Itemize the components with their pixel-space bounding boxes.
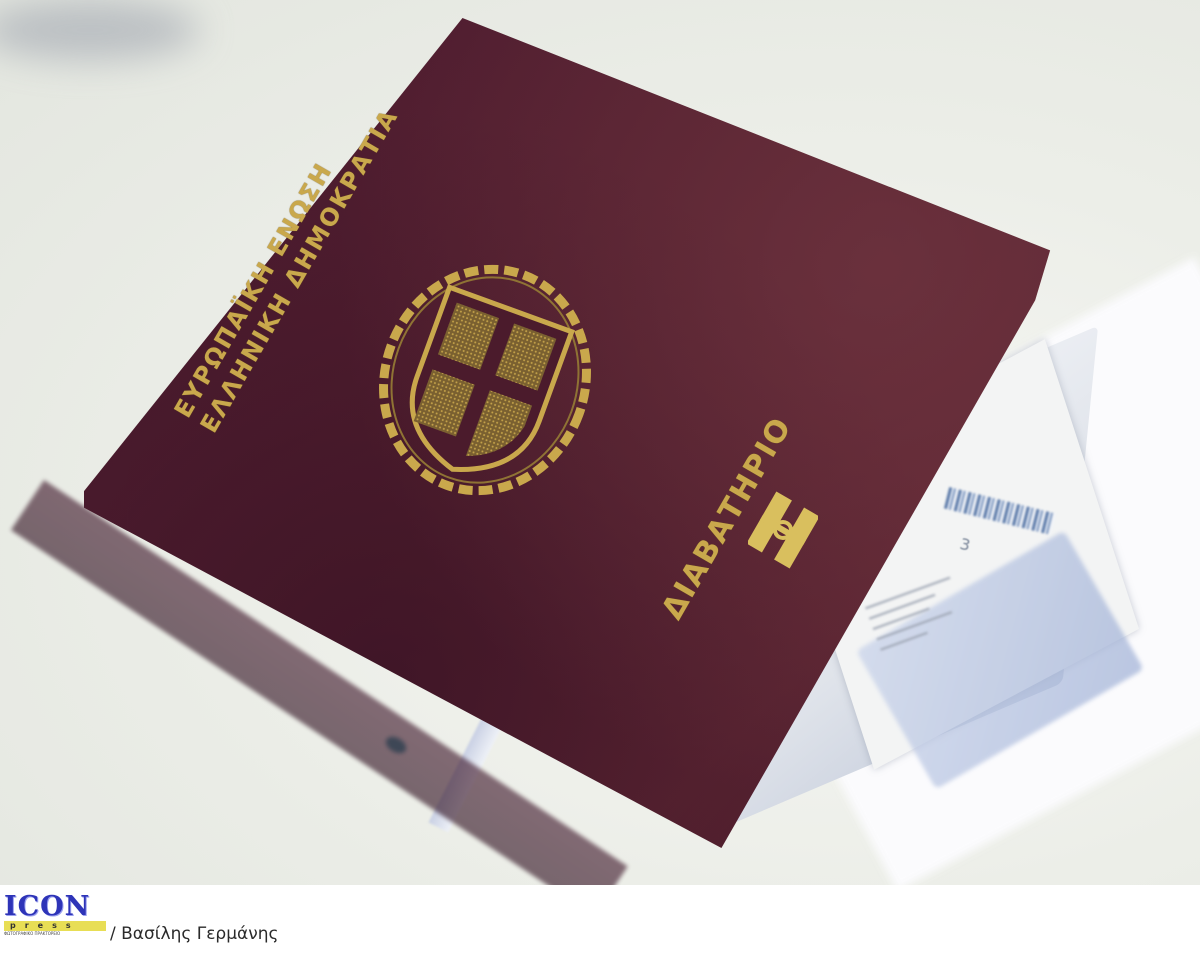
biometric-chip-icon bbox=[748, 490, 818, 570]
logo-press-bar: press bbox=[4, 921, 106, 931]
photo-credit-bar: ICON press ΦΩΤΟΓΡΑΦΙΚΟ ΠΡΑΚΤΟΡΕΙΟ / Βασί… bbox=[0, 885, 1200, 955]
photographer-credit: / Βασίλης Γερμάνης bbox=[110, 924, 278, 944]
greek-coat-of-arms-icon bbox=[365, 250, 605, 510]
passport-photo: 3 ΕΥΡΩΠΑΪΚΗ ΕΝΩΣΗ ΕΛΛΗΝΙΚΗ ΔΗΜΟΚΡΑΤΙΑ ΔΙ… bbox=[0, 0, 1200, 885]
logo-tagline: ΦΩΤΟΓΡΑΦΙΚΟ ΠΡΑΚΤΟΡΕΙΟ bbox=[4, 931, 106, 937]
icon-press-logo: ICON press ΦΩΤΟΓΡΑΦΙΚΟ ΠΡΑΚΤΟΡΕΙΟ bbox=[4, 893, 106, 947]
logo-wordmark: ICON bbox=[4, 893, 106, 921]
